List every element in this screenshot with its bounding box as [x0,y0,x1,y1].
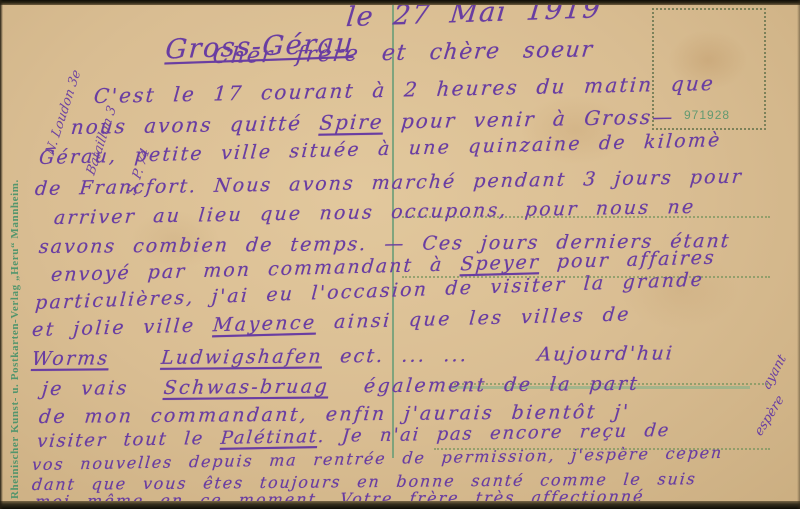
scan-edge-bottom [0,501,800,509]
underlined-word: Ludwigshafen [160,345,324,368]
underlined-word: Worms [31,347,111,370]
publisher-imprint: Rheinischer Kunst- u. Postkarten-Verlag … [9,29,21,499]
handwriting-text: également de la part [328,373,640,398]
salutation: Cher frère et chère soeur [211,37,594,69]
postcard-scan: 971928 Rheinischer Kunst- u. Postkarten-… [0,0,800,509]
handwriting-line: je vais Schwas-bruag également de la par… [41,373,641,400]
handwriting-text: ainsi que les villes de [316,303,632,333]
handwriting-text: pour venir à Gross— [383,104,676,133]
handwriting-line: Worms Ludwigshafen ect. ... ... Aujourd'… [31,342,675,370]
margin-word: ayant [760,352,790,393]
corner-note-line: S. P. 74 [125,107,166,198]
handwriting-text: et jolie ville [31,314,214,341]
scan-edge-top [0,0,800,5]
handwriting-text: je vais [41,377,165,400]
underlined-word: Speyer [460,251,541,275]
underlined-word: Palétinat [220,426,319,449]
handwriting-text: visiter tout le [36,428,221,452]
corner-note-line: N. Loudon 3e [43,67,84,158]
underlined-word: Schwas-bruag [163,375,331,398]
handwriting-text [108,347,162,369]
corner-note-line: Bataillon 3 [84,87,125,178]
stamp-serial-number: 971928 [684,108,730,122]
scan-edge-left [0,0,3,509]
underlined-word: Spire [318,110,384,135]
handwriting-text: ect. ... ... Aujourd'hui [322,342,675,367]
margin-word: espère [752,392,787,439]
underlined-word: Mayence [212,312,317,337]
